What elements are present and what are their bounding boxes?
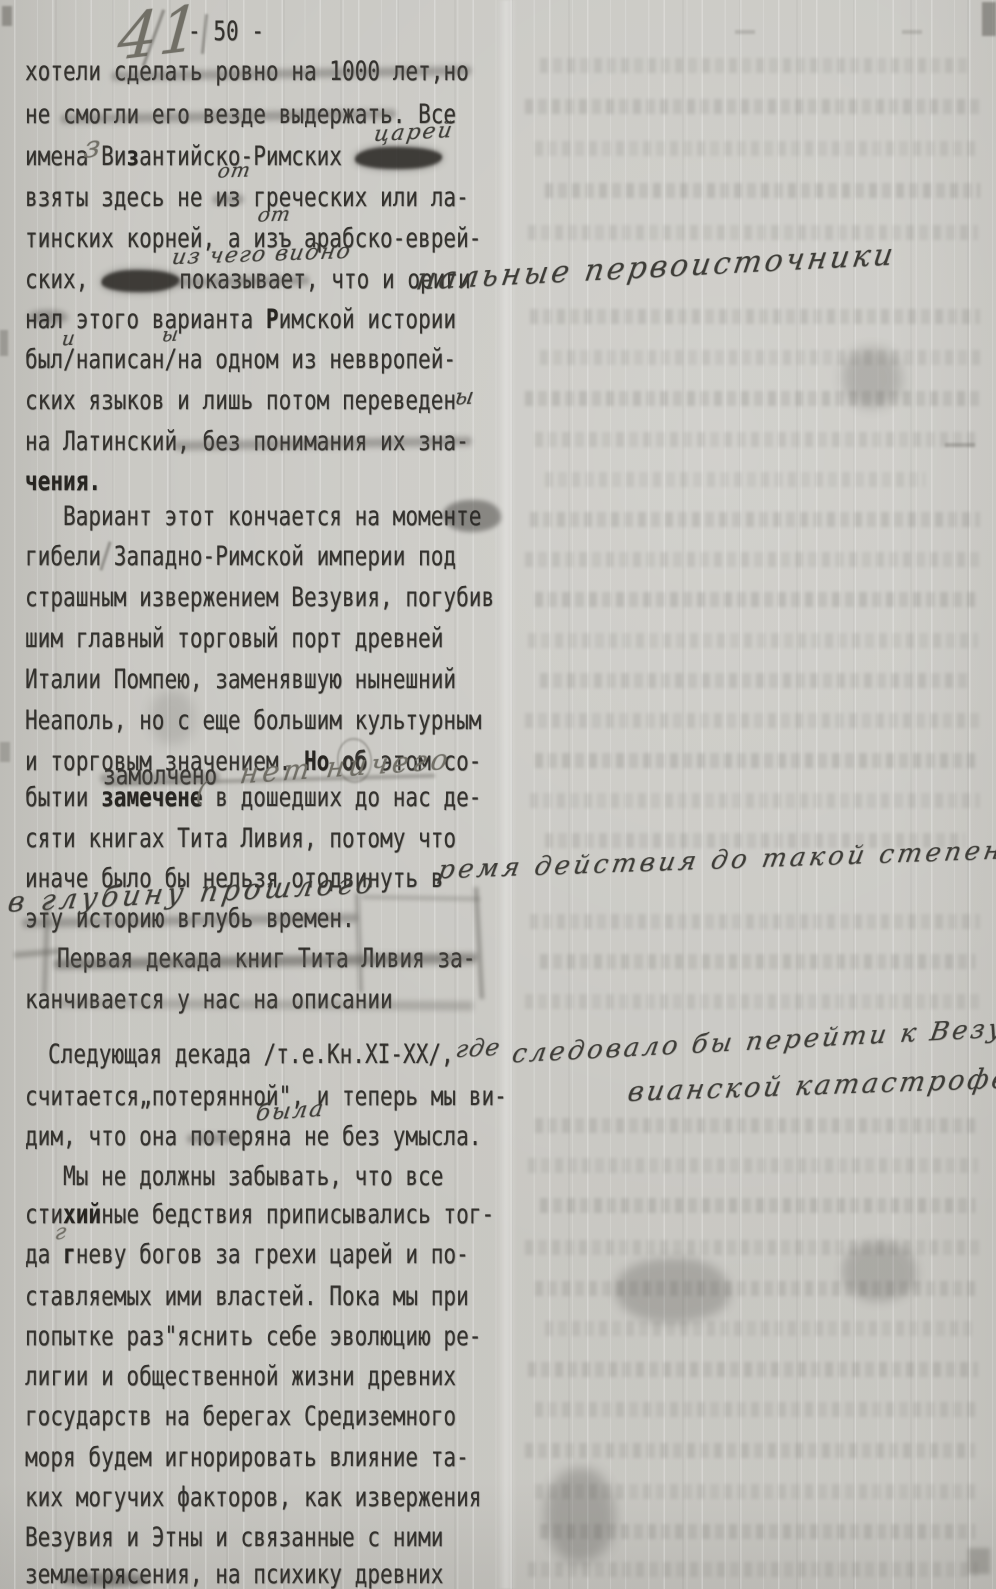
bleedthrough-line [525,552,980,567]
typed-line: шим главный торговый порт древней [25,622,443,656]
pencil-stroke [474,887,484,999]
bleedthrough-line [525,1443,975,1458]
bleedthrough-line [528,1562,978,1577]
scribbled-out-word [101,270,179,292]
bleedthrough-line [530,793,980,808]
typed-segment: землетрясения, на психику древних [25,1558,443,1589]
ink-smudge [842,1242,917,1302]
typed-segment: смогли его везде выдержать [63,98,393,132]
handwritten-annotation: вианской катастрофе, [625,1063,996,1108]
typed-segment: ских, [25,263,101,297]
typed-segment: Первая декада книг Тита Ливия за- [57,942,475,976]
bleedthrough-line [525,994,980,1009]
bleedthrough-line [525,713,980,728]
typed-segment: не [25,98,63,132]
bleedthrough-line [545,472,925,487]
typed-line: дим, что она потеряна не без умысла. [25,1120,481,1154]
typed-segment: имской истории [279,303,457,337]
typed-segment: из [215,181,240,215]
typed-line: ских языков и лишь потом переведен [25,384,456,418]
typed-line: моря будем игнорировать влияние та- [25,1441,469,1475]
typed-segment: чения. [25,465,101,499]
bleedthrough-line [525,391,980,406]
ink-smudge [615,1258,730,1323]
typed-segment: , без понимания их зна- [177,425,469,459]
handwritten-annotation: нальные первоисточники [414,237,899,297]
typed-line: Везувия и Этны и связанные с ними [25,1521,443,1555]
bleedthrough-line [535,432,975,447]
handwritten-annotation: царей [372,118,456,147]
typed-line: гибели Западно-Римской империи под [25,540,456,574]
typed-segment: гибели Западно-Римской империи под [25,540,456,574]
typed-segment: замечене [101,781,202,815]
typed-segment: Италии Помпею, заменявшую нынешний [25,663,456,697]
bleedthrough-line [535,1402,975,1417]
bleedthrough-line [525,99,980,114]
typed-line: Вариант этот кончается на моменте [63,500,481,534]
typed-line: ставляемых ими властей. Пока мы при [25,1280,469,1314]
typed-segment: ряна не без умысла. [241,1120,482,1154]
bleedthrough-line [530,512,980,527]
typed-line: канчивается у нас на описании [25,983,393,1017]
typed-segment: ставляемых ими властей. Пока мы при [25,1280,469,1314]
typed-line: лигии и общественной жизни древних [25,1360,456,1394]
bleedthrough-line [528,1158,978,1173]
bleedthrough-line [528,1362,978,1377]
bleedthrough-line [530,914,980,929]
typed-line: Следующая декада /т.е.Кн.XI-XX/, [48,1038,454,1072]
typed-segment: неву богов за грехи царей и по- [76,1238,469,1272]
pencil-stroke [0,330,8,356]
pencil-stroke [945,443,975,447]
typed-line: Неаполь, но с еще большим культурным [25,704,481,738]
typed-segment: бытии [25,781,101,815]
typed-segment: Р [266,303,279,337]
typed-line: ских, показывает, что и ориги [25,263,471,297]
typed-segment: Везувия и Этны и связанные с ними [25,1521,443,1555]
bleedthrough-line [535,753,980,768]
typed-line: сяти книгах Тита Ливия, потому что [25,822,456,856]
typed-segment: шим главный торговый порт древней [25,622,443,656]
pencil-stroke [0,742,10,762]
typed-line: на Латинский, без понимания их зна- [25,425,469,459]
typed-segment: Следующая декада /т.е.Кн.XI-XX/, [48,1038,454,1072]
typed-segment: Вариант этот кончается на моменте [63,500,481,534]
bleedthrough-line [540,58,970,73]
typed-line: ких могучих факторов, как извержения [25,1481,481,1515]
typed-line: попытке раз"яснить себе эволюцию ре- [25,1320,481,1354]
typed-line: Мы не должны забывать, что все [63,1160,443,1194]
typed-segment: страшным извержением Везувия, погубив [25,581,494,615]
bleedthrough-line [528,225,978,240]
bleedthrough-line [535,141,980,156]
bleedthrough-line [540,1524,975,1539]
bleedthrough-line [535,1281,980,1296]
typed-line: землетрясения, на психику древних [25,1558,443,1589]
bleedthrough-line [540,954,975,969]
bleedthrough-line [540,1198,975,1213]
bleedthrough-line [530,309,980,324]
typed-segment: нал этого варианта [25,303,266,337]
bleedthrough-line [540,350,980,365]
typed-segment: ких могучих факторов, как извержения [25,1481,481,1515]
handwritten-annotation: была [254,1095,327,1126]
bleedthrough-line [535,592,980,607]
typed-segment: моря будем игнорировать влияние та- [25,1441,469,1475]
handwritten-annotation: где [454,1033,503,1064]
pencil-stroke [968,1548,990,1574]
typed-line: стихийные бедствия приписывались тог- [25,1198,494,1232]
bleedthrough-line [535,1484,980,1499]
typed-segment: хотели [25,55,114,89]
typed-segment: Мы не должны забывать, что все [63,1160,443,1194]
typed-segment: г [63,1238,76,1272]
pencil-stroke [2,6,12,26]
typed-segment: з [126,140,139,174]
bleedthrough-line [535,1118,980,1133]
typed-segment: лигии и общественной жизни древних [25,1360,456,1394]
pencil-stroke [982,2,996,36]
typed-segment: государств на берегах Средиземного [25,1400,456,1434]
handwritten-annotation: следовало бы перейти к Везу- [510,1013,996,1070]
typed-line: чения. [25,465,101,499]
typed-line: взяты здесь не из греческих или ла- [25,181,469,215]
typed-segment: канчивается у нас на описании [25,983,393,1017]
bleedthrough-line [545,183,980,198]
typed-segment: имена Ви [25,140,126,174]
typed-line: был/написан/на одном из неввропей- [25,343,456,377]
typed-segment: хий [63,1198,101,1232]
bleedthrough-line [528,633,978,648]
typed-line: нал этого варианта Римской истории [25,303,456,337]
scribbled-out-word [355,147,442,169]
typed-line: Первая декада книг Тита Ливия за- [57,942,475,976]
bleedthrough-line [540,673,970,688]
bleedthrough-line [525,1240,980,1255]
handwritten-annotation: от [256,201,293,226]
typed-segment: ные бедствия приписывались тог- [101,1198,494,1232]
typed-segment: Неаполь, но с еще большим культурным [25,704,481,738]
typed-segment: ских языков и лишь потом переведен [25,384,456,418]
scanned-typescript-page: - 50 -хотели сделать ровно на 1000 лет,н… [0,0,996,1589]
page-gutter-highlight [497,0,517,1589]
pencil-stroke [14,948,62,958]
bleedthrough-line [545,1321,975,1336]
pencil-stroke [902,30,922,34]
typed-line: страшным извержением Везувия, погубив [25,581,494,615]
typed-segment: поте [190,1120,241,1154]
typed-line: да гневу богов за грехи царей и по- [25,1238,469,1272]
typed-segment: сяти книгах Тита Ливия, потому что [25,822,456,856]
handwritten-annotation: ремя действия до такой степени [436,835,996,886]
handwritten-annotation: от [216,157,253,182]
typed-segment: взяты здесь не [25,181,215,215]
typed-line: государств на берегах Средиземного [25,1400,456,1434]
typed-segment: на Латинский [25,425,177,459]
typed-line: Италии Помпею, заменявшую нынешний [25,663,456,697]
typed-segment: попытке раз"яснить себе эволюцию ре- [25,1320,481,1354]
ink-smudge [842,348,902,408]
pencil-stroke [735,30,755,34]
typed-segment: был/написан/на одном из неввропей- [25,343,456,377]
handwritten-annotation: ы [453,383,476,410]
handwritten-annotation: 41 [115,0,204,75]
typed-segment: дим, что она [25,1120,190,1154]
typed-line: хотели сделать ровно на 1000 лет,но [25,55,469,89]
ink-smudge [545,1468,615,1563]
